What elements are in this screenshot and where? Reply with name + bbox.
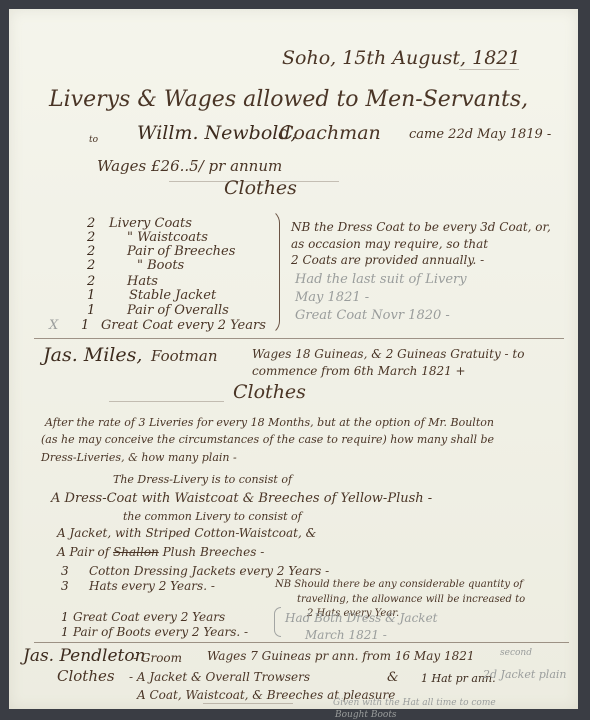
ampersand: & <box>387 671 399 684</box>
item-qty: 2 <box>87 231 95 244</box>
pencil-note: 2d Jacket plain <box>483 669 566 680</box>
footman-role: Footman <box>151 349 218 364</box>
groom-clothes-label: Clothes <box>57 669 115 684</box>
item-name: " Boots <box>137 259 184 272</box>
pencil-note: Bought Boots <box>335 711 397 720</box>
pencil-note: Given with the Hat all time to come <box>333 699 496 708</box>
item-qty: 2 <box>87 245 95 258</box>
margin-mark: X <box>49 319 58 332</box>
grouping-brace <box>265 209 280 335</box>
pencil-note: March 1821 - <box>305 629 387 641</box>
item-name: Hats <box>127 275 158 288</box>
item-name: Pair of Boots every 2 Years. - <box>73 626 248 638</box>
note-line: NB the Dress Coat to be every 3d Coat, o… <box>291 221 551 233</box>
pencil-note: Had Both Dress & Jacket <box>285 612 438 624</box>
clothes-heading: Clothes <box>224 179 297 198</box>
clothes-heading: Clothes <box>233 383 306 402</box>
place-date: Soho, 15th August, 1821 <box>282 49 520 68</box>
footman-wages-start: commence from 6th March 1821 + <box>252 365 466 377</box>
item-name: Pair of Breeches <box>127 245 235 258</box>
pencil-note: second <box>500 649 532 658</box>
item-qty: 1 <box>81 319 89 332</box>
nb-line: NB Should there be any considerable quan… <box>275 580 523 590</box>
item-name: Cotton Dressing Jackets every 2 Years - <box>89 565 329 577</box>
coachman-start-date: came 22d May 1819 - <box>409 128 551 141</box>
dress-livery-intro: The Dress-Livery is to consist of <box>113 474 292 485</box>
common-livery-intro: the common Livery to consist of <box>123 511 302 522</box>
section-divider <box>34 642 569 643</box>
groom-clothes-item: - A Jacket & Overall Trowsers <box>129 671 310 683</box>
item-qty: 3 <box>61 565 69 577</box>
divider <box>109 401 224 402</box>
divider <box>203 703 293 704</box>
note-line: 2 Coats are provided annually. - <box>291 254 484 266</box>
item-qty: 2 <box>87 259 95 272</box>
item-qty: 1 <box>87 289 95 302</box>
item-qty: 3 <box>61 580 69 592</box>
paragraph-line: (as he may conceive the circumstances of… <box>41 434 494 445</box>
document-title: Liverys & Wages allowed to Men-Servants, <box>49 89 528 111</box>
prefix-to: to <box>89 136 98 145</box>
text: Plush Breeches - <box>159 545 265 559</box>
item-qty: 2 <box>87 217 95 230</box>
pencil-bracket <box>274 607 281 637</box>
groom-name: Jas. Pendleton <box>23 648 146 665</box>
footman-name: Jas. Miles, <box>43 346 142 365</box>
paragraph-line: After the rate of 3 Liveries for every 1… <box>45 417 494 428</box>
paragraph-line: Dress-Liveries, & how many plain - <box>41 452 237 463</box>
pencil-note: May 1821 - <box>295 291 369 304</box>
struck-word: Shallon <box>113 545 159 559</box>
common-livery-item: A Jacket, with Striped Cotton-Waistcoat,… <box>57 527 316 539</box>
footman-wages: Wages 18 Guineas, & 2 Guineas Gratuity -… <box>252 348 524 360</box>
coachman-wages: Wages £26..5/ pr annum <box>97 159 282 174</box>
item-name: Livery Coats <box>109 217 192 230</box>
groom-role: - Groom <box>133 652 182 664</box>
item-name: Great Coat every 2 Years <box>101 319 266 332</box>
coachman-role: Coachman <box>279 124 381 143</box>
item-name: Hats every 2 Years. - <box>89 580 215 592</box>
item-qty: 1 <box>61 626 69 638</box>
item-name: " Waistcoats <box>127 231 208 244</box>
coachman-name: Willm. Newbold, <box>137 124 297 143</box>
note-line: as occasion may require, so that <box>291 238 488 250</box>
section-divider <box>34 338 564 339</box>
pencil-note: Had the last suit of Livery <box>295 273 467 286</box>
text: A Pair of <box>57 545 113 559</box>
manuscript-page: Soho, 15th August, 1821 Liverys & Wages … <box>9 9 578 709</box>
nb-line: travelling, the allowance will be increa… <box>297 595 525 605</box>
item-name: Great Coat every 2 Years <box>73 611 225 623</box>
item-name: Pair of Overalls <box>127 304 229 317</box>
common-livery-item: A Pair of Shallon Plush Breeches - <box>57 546 264 558</box>
item-qty: 1 <box>61 611 69 623</box>
dress-livery: A Dress-Coat with Waistcoat & Breeches o… <box>51 492 432 505</box>
item-name: Stable Jacket <box>129 289 216 302</box>
groom-wages: Wages 7 Guineas pr ann. from 16 May 1821 <box>207 650 475 662</box>
pencil-note: Great Coat Novr 1820 - <box>295 309 450 322</box>
item-qty: 1 <box>87 304 95 317</box>
item-qty: 2 <box>87 275 95 288</box>
divider <box>459 69 519 70</box>
